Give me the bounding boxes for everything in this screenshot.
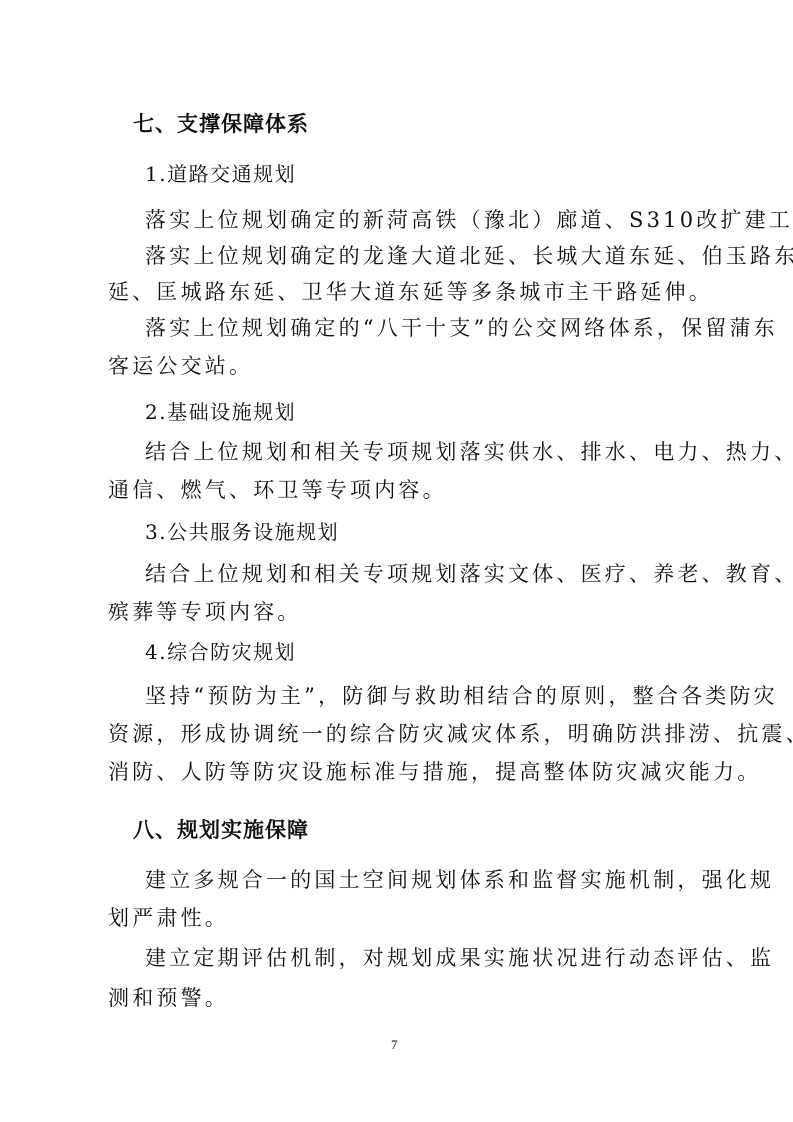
- paragraph-line: 落实上位规划确定的“八干十支”的公交网络体系，保留蒲东: [145, 312, 778, 342]
- subsection-heading-public-services: 3.公共服务设施规划: [145, 516, 339, 545]
- subsection-heading-disaster-prevention: 4.综合防灾规划: [145, 636, 296, 665]
- paragraph-line: 测和预警。: [108, 982, 229, 1012]
- paragraph-line: 殡葬等专项内容。: [108, 596, 302, 626]
- paragraph-line: 落实上位规划确定的龙逢大道北延、长城大道东延、伯玉路东: [145, 240, 793, 270]
- paragraph-line: 结合上位规划和相关专项规划落实文体、医疗、养老、教育、: [145, 558, 793, 588]
- paragraph-line: 建立多规合一的国土空间规划体系和监督实施机制，强化规: [145, 864, 774, 894]
- subsection-heading-transport: 1.道路交通规划: [145, 158, 296, 187]
- paragraph-line: 消防、人防等防灾设施标准与措施，提高整体防灾减灾能力。: [108, 756, 761, 786]
- paragraph-line: 建立定期评估机制，对规划成果实施状况进行动态评估、监: [145, 942, 774, 972]
- paragraph-line: 结合上位规划和相关专项规划落实供水、排水、电力、热力、: [145, 436, 793, 466]
- paragraph-line: 客运公交站。: [108, 350, 253, 380]
- paragraph-line: 通信、燃气、环卫等专项内容。: [108, 474, 447, 504]
- paragraph-line: 划严肃性。: [108, 902, 229, 932]
- paragraph-line: 坚持“预防为主”，防御与救助相结合的原则，整合各类防灾: [145, 680, 778, 710]
- page-number: 7: [391, 1037, 398, 1053]
- subsection-heading-infrastructure: 2.基础设施规划: [145, 396, 296, 425]
- document-page: 七、支撑保障体系 1.道路交通规划 落实上位规划确定的新菏高铁（豫北）廊道、S3…: [0, 0, 793, 1122]
- section-heading-support-system: 七、支撑保障体系: [133, 108, 309, 138]
- paragraph-line: 资源，形成协调统一的综合防灾减灾体系，明确防洪排涝、抗震、: [108, 718, 793, 748]
- section-heading-implementation: 八、规划实施保障: [133, 814, 309, 844]
- paragraph-line: 落实上位规划确定的新菏高铁（豫北）廊道、S310改扩建工程。: [145, 204, 793, 234]
- paragraph-line: 延、匡城路东延、卫华大道东延等多条城市主干路延伸。: [108, 276, 713, 306]
